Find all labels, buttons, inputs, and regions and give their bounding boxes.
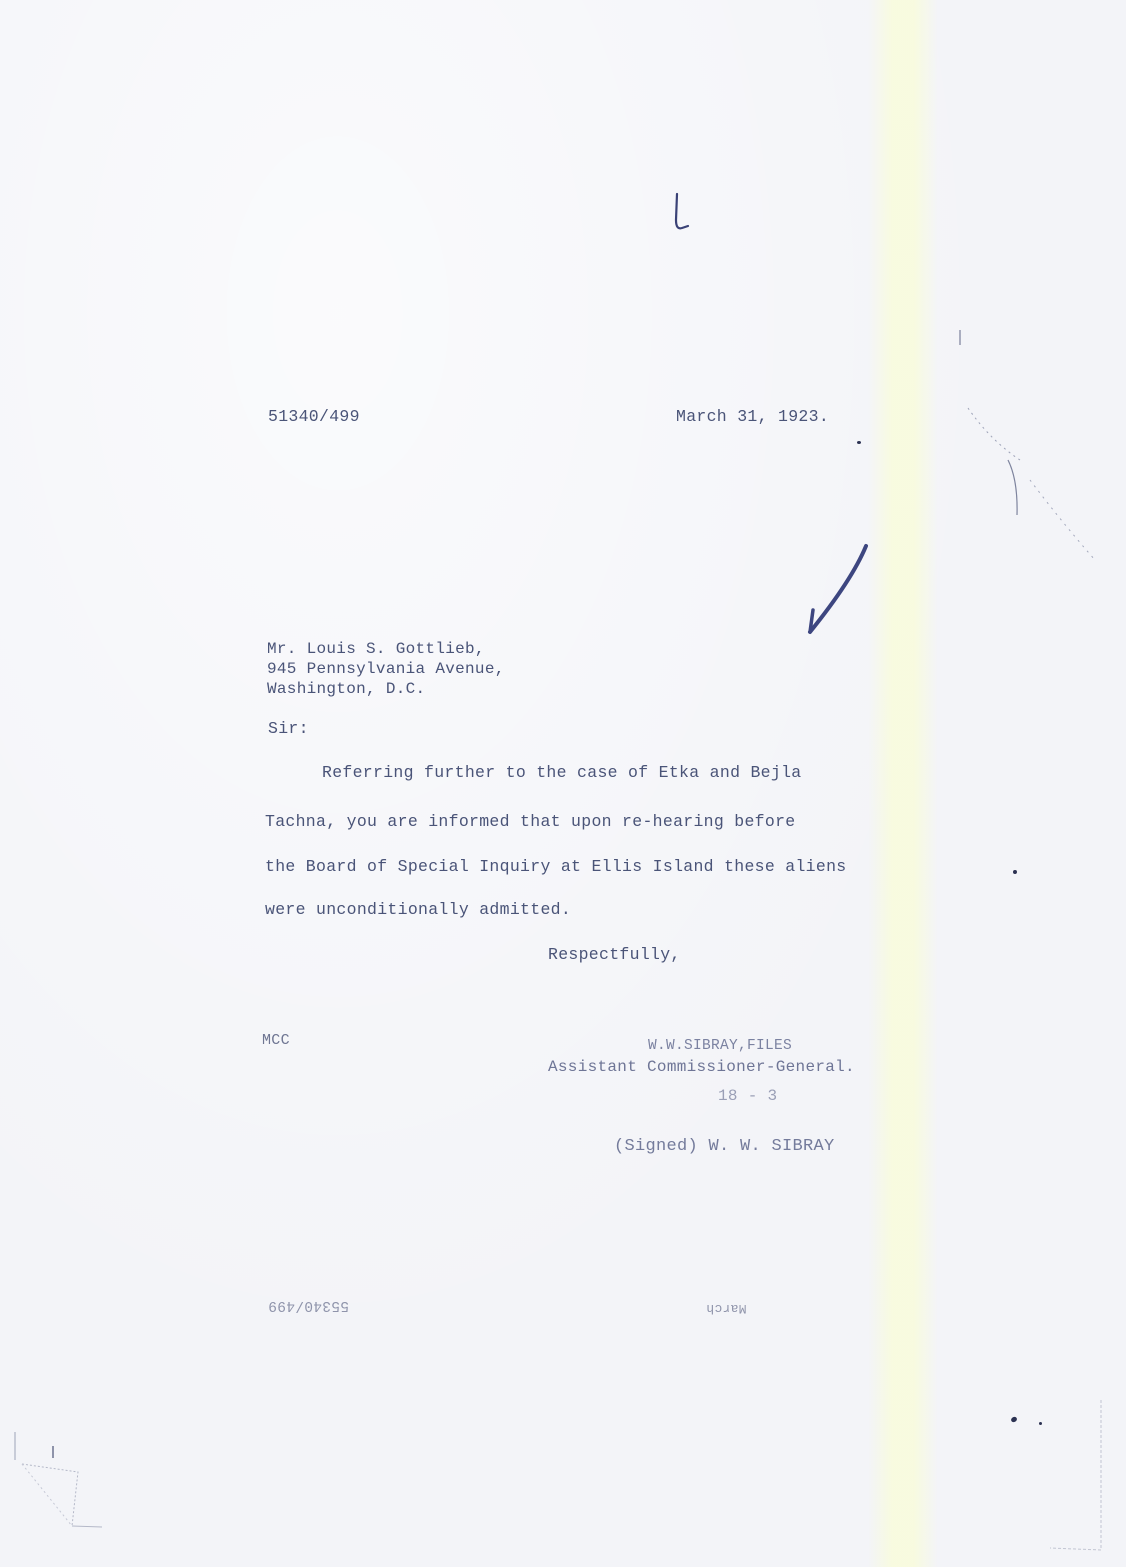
recipient-street: 945 Pennsylvania Avenue,: [267, 660, 505, 678]
recipient-city: Washington, D.C.: [267, 680, 425, 698]
signatory-title: Assistant Commissioner-General.: [548, 1058, 855, 1076]
bleed-through-file-number: 55340/499: [268, 1297, 349, 1313]
closing: Respectfully,: [548, 945, 681, 964]
corner-fold-mark: [0, 1420, 120, 1540]
ink-speck: [857, 441, 861, 444]
handwritten-l-mark: [668, 190, 698, 236]
body-line-1: Referring further to the case of Etka an…: [322, 763, 801, 782]
salutation: Sir:: [268, 719, 309, 738]
ink-speck: [1013, 870, 1017, 874]
file-number: 51340/499: [268, 407, 360, 426]
letter-date: March 31, 1923.: [676, 407, 829, 426]
typist-initials: MCC: [262, 1032, 290, 1049]
check-mark-icon: [800, 540, 880, 640]
recipient-name: Mr. Louis S. Gottlieb,: [267, 640, 485, 658]
body-line-4: were unconditionally admitted.: [265, 900, 571, 919]
paper-crease-marks: [900, 160, 1126, 580]
bleed-through-date: March: [706, 1301, 747, 1316]
body-line-3: the Board of Special Inquiry at Ellis Is…: [265, 857, 847, 876]
signed-line: (Signed) W. W. SIBRAY: [614, 1137, 835, 1156]
signature-stamp: W.W.SIBRAY,FILES: [648, 1038, 792, 1054]
corner-fold-mark: [1040, 1380, 1126, 1567]
handwritten-note: 18 - 3: [718, 1087, 777, 1105]
body-line-2: Tachna, you are informed that upon re-he…: [265, 812, 795, 831]
